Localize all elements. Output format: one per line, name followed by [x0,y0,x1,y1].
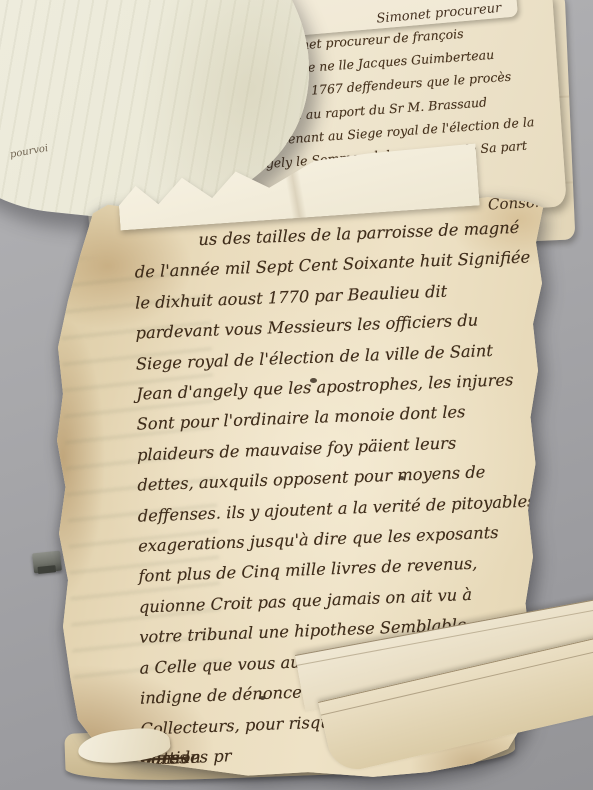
page-heading-fragment: Consors [488,192,551,213]
folded-blank-sheet-wrap [118,156,478,218]
folded-blank-sheet [116,144,479,231]
manuscript-photo: les Que huit marde huit juillet 1770 Me … [0,0,593,790]
bundle-edge-note: pourvoi [9,143,49,161]
